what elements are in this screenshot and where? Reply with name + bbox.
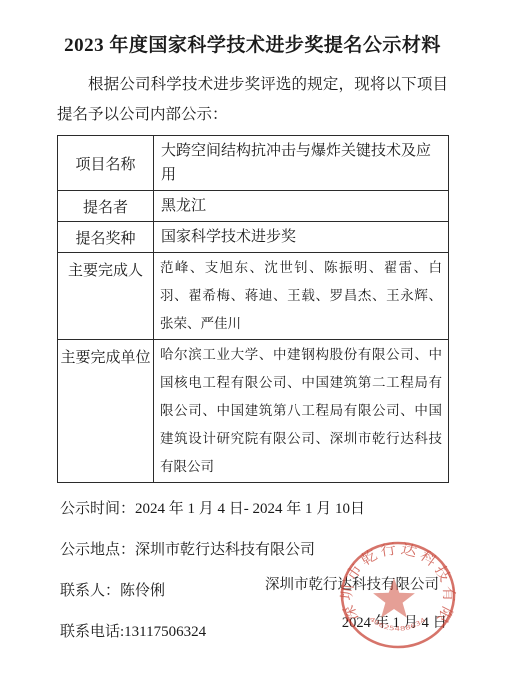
row-value-project-name: 大跨空间结构抗冲击与爆炸关键技术及应用 [154,136,449,191]
row-label-award-type: 提名奖种 [58,222,154,253]
table-row: 主要完成人 范峰、支旭东、沈世钊、陈振明、翟雷、白羽、翟希梅、蒋迪、王载、罗昌杰… [58,253,449,340]
signature-date: 2024 年 1 月 4 日 [265,611,447,632]
signature-company: 深圳市乾行达科技有限公司 [265,573,439,594]
document-page: 2023 年度国家科学技术进步奖提名公示材料 根据公司科学技术进步奖评选的规定，… [0,0,505,687]
publicity-location-line: 公示地点：深圳市乾行达科技有限公司 [60,538,505,559]
row-value-main-organizations: 哈尔滨工业大学、中建钢构股份有限公司、中国核电工程有限公司、中国建筑第二工程局有… [154,340,449,483]
publicity-period-line: 公示时间：2024 年 1 月 4 日- 2024 年 1 月 10日 [60,497,505,518]
row-label-nominator: 提名者 [58,191,154,222]
signature-block: 深圳市乾行达科技有限公司 2024 年 1 月 4 日 [265,573,447,632]
row-label-main-contributors: 主要完成人 [58,253,154,340]
row-label-main-organizations: 主要完成单位 [58,340,154,483]
nomination-table: 项目名称 大跨空间结构抗冲击与爆炸关键技术及应用 提名者 黑龙江 提名奖种 国家… [57,135,449,483]
row-label-project-name: 项目名称 [58,136,154,191]
row-value-award-type: 国家科学技术进步奖 [154,222,449,253]
table-row: 提名奖种 国家科学技术进步奖 [58,222,449,253]
document-title: 2023 年度国家科学技术进步奖提名公示材料 [0,0,505,57]
row-value-nominator: 黑龙江 [154,191,449,222]
row-value-main-contributors: 范峰、支旭东、沈世钊、陈振明、翟雷、白羽、翟希梅、蒋迪、王载、罗昌杰、王永辉、张… [154,253,449,340]
table-row: 项目名称 大跨空间结构抗冲击与爆炸关键技术及应用 [58,136,449,191]
intro-paragraph: 根据公司科学技术进步奖评选的规定，现将以下项目提名予以公司内部公示： [57,70,448,130]
table-row: 提名者 黑龙江 [58,191,449,222]
table-row: 主要完成单位 哈尔滨工业大学、中建钢构股份有限公司、中国核电工程有限公司、中国建… [58,340,449,483]
